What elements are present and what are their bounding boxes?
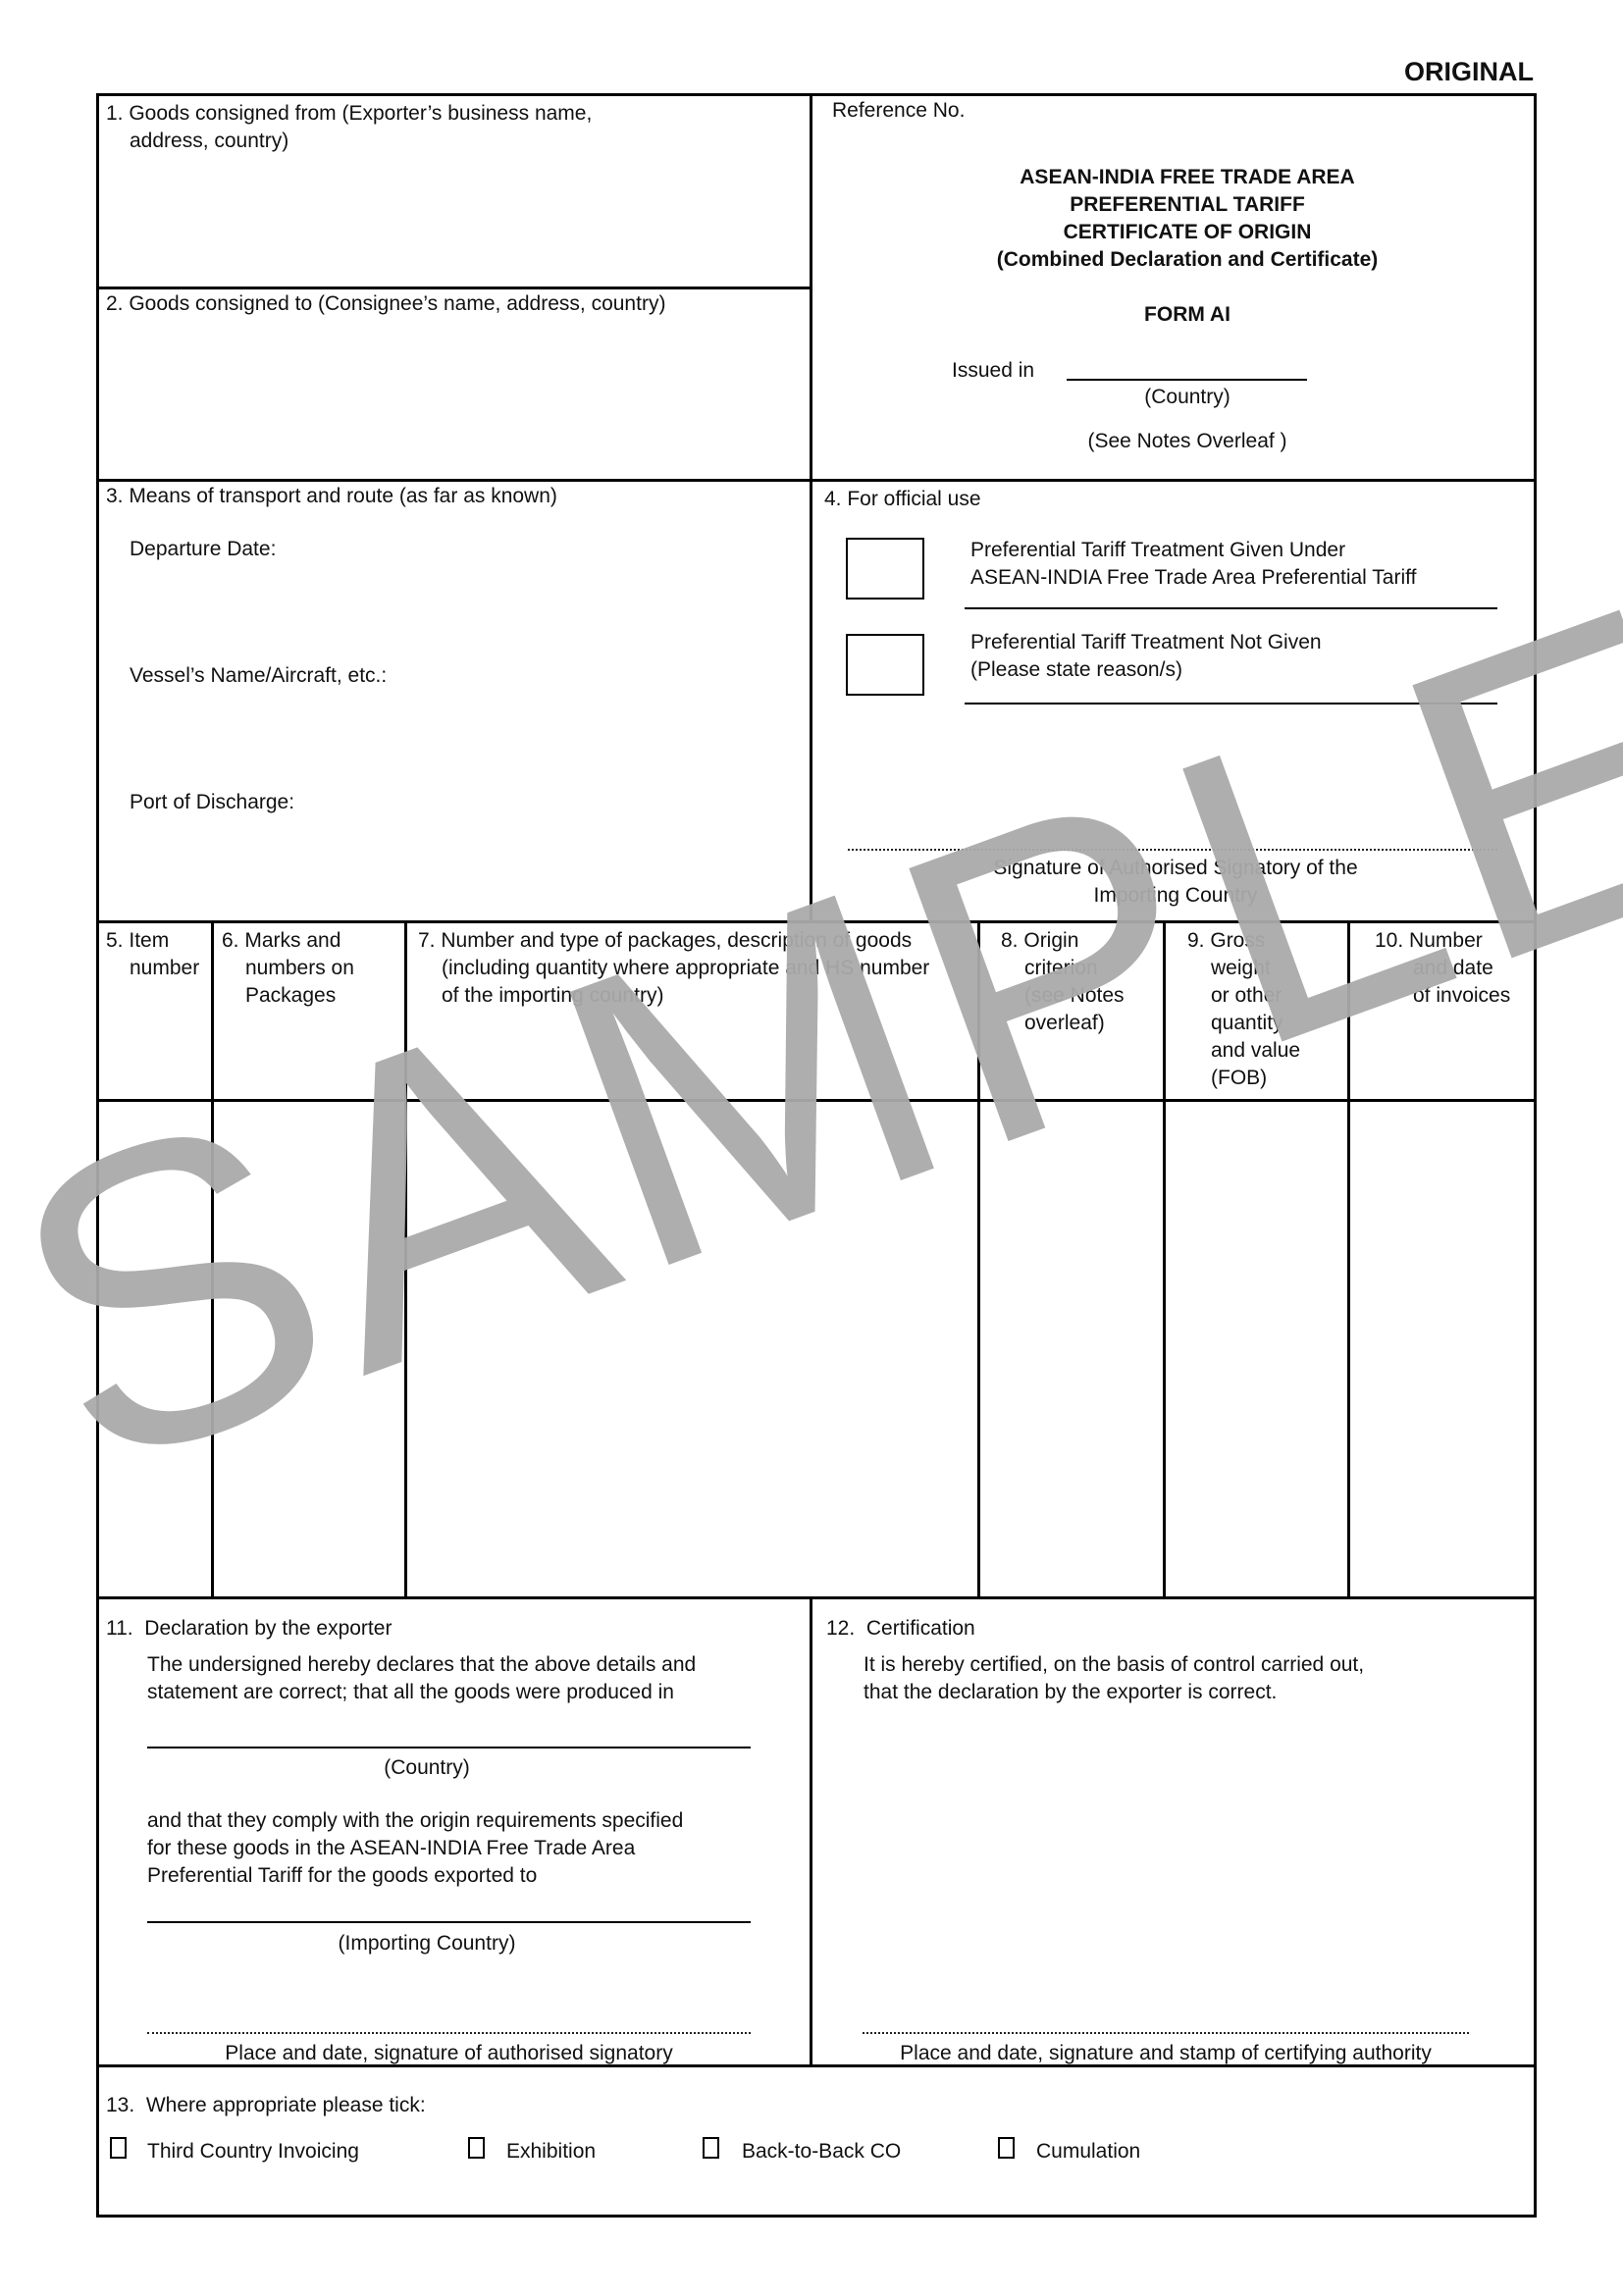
- departure-date-field[interactable]: [314, 535, 785, 564]
- certification-text: It is hereby certified, on the basis of …: [864, 1651, 1364, 1706]
- cumulation-label: Cumulation: [1036, 2140, 1140, 2164]
- treatment-given-checkbox[interactable]: [846, 538, 924, 600]
- certificate-title: ASEAN-INDIA FREE TRADE AREA PREFERENTIAL…: [942, 164, 1433, 274]
- exporter-signature-line[interactable]: [147, 2032, 751, 2034]
- cell-origin-criterion[interactable]: [980, 1102, 1163, 1596]
- importing-country-caption: (Importing Country): [294, 1932, 559, 1956]
- importing-signature-caption: Signature of Authorised Signatory of the…: [930, 855, 1421, 910]
- issued-in-field[interactable]: [1067, 353, 1307, 381]
- certification-label: 12. Certification: [826, 1617, 975, 1641]
- transport-label: 3. Means of transport and route (as far …: [106, 485, 557, 508]
- copy-label: ORIGINAL: [1404, 57, 1534, 87]
- reference-no-field[interactable]: [971, 96, 1521, 130]
- exhibition-label: Exhibition: [506, 2140, 596, 2164]
- column-header-marks: 6. Marks and numbers on Packages: [222, 927, 354, 1010]
- column-header-origin-criterion: 8. Origin criterion (see Notes overleaf): [1001, 927, 1125, 1037]
- column-header-item-number: 5. Item number: [106, 927, 199, 982]
- back-to-back-checkbox[interactable]: [703, 2137, 719, 2159]
- certifying-signature-line[interactable]: [863, 2032, 1469, 2034]
- tick-options-label: 13. Where appropriate please tick:: [106, 2094, 426, 2117]
- cell-item-number[interactable]: [99, 1102, 211, 1596]
- official-use-label: 4. For official use: [824, 488, 981, 511]
- cell-invoices[interactable]: [1350, 1102, 1534, 1596]
- exporter-label: 1. Goods consigned from (Exporter’s busi…: [106, 100, 592, 155]
- exporter-field[interactable]: 1. Goods consigned from (Exporter’s busi…: [99, 96, 810, 287]
- importing-country-field[interactable]: [147, 1894, 751, 1923]
- cell-marks[interactable]: [214, 1102, 404, 1596]
- declaration-text-2: and that they comply with the origin req…: [147, 1807, 683, 1890]
- column-header-gross-weight: 9. Gross weight or other quantity and va…: [1187, 927, 1300, 1092]
- back-to-back-label: Back-to-Back CO: [742, 2140, 901, 2164]
- treatment-not-given-checkbox[interactable]: [846, 634, 924, 696]
- importing-signature-line[interactable]: [848, 849, 1497, 851]
- vessel-name-field[interactable]: [412, 661, 785, 691]
- third-country-label: Third Country Invoicing: [147, 2140, 359, 2164]
- column-header-description: 7. Number and type of packages, descript…: [418, 927, 929, 1010]
- see-notes-overleaf: (See Notes Overleaf ): [1040, 430, 1335, 453]
- third-country-checkbox[interactable]: [110, 2137, 127, 2159]
- column-header-invoices: 10. Number and date of invoices: [1375, 927, 1510, 1010]
- form-name: FORM AI: [942, 303, 1433, 327]
- divider-line: [965, 607, 1497, 609]
- cell-description[interactable]: [407, 1102, 977, 1596]
- issued-in-country-caption: (Country): [1089, 386, 1285, 409]
- cell-gross-weight[interactable]: [1166, 1102, 1347, 1596]
- vessel-name-label: Vessel’s Name/Aircraft, etc.:: [130, 664, 387, 688]
- declaration-label: 11. Declaration by the exporter: [106, 1617, 392, 1641]
- port-of-discharge-field[interactable]: [324, 788, 785, 817]
- cumulation-checkbox[interactable]: [998, 2137, 1015, 2159]
- departure-date-label: Departure Date:: [130, 538, 276, 561]
- produced-in-country-field[interactable]: [147, 1719, 751, 1748]
- certifying-signature-caption: Place and date, signature and stamp of c…: [863, 2042, 1469, 2065]
- reason-field[interactable]: [965, 677, 1497, 704]
- exporter-signature-caption: Place and date, signature of authorised …: [147, 2042, 751, 2065]
- reference-no-label: Reference No.: [832, 99, 965, 123]
- treatment-given-label: Preferential Tariff Treatment Given Unde…: [970, 537, 1416, 592]
- port-of-discharge-label: Port of Discharge:: [130, 791, 294, 814]
- exhibition-checkbox[interactable]: [468, 2137, 485, 2159]
- declaration-text-1: The undersigned hereby declares that the…: [147, 1651, 696, 1706]
- consignee-field[interactable]: 2. Goods consigned to (Consignee’s name,…: [99, 289, 810, 479]
- produced-in-country-caption: (Country): [329, 1756, 525, 1780]
- consignee-label: 2. Goods consigned to (Consignee’s name,…: [106, 290, 665, 318]
- treatment-not-given-label: Preferential Tariff Treatment Not Given …: [970, 629, 1322, 684]
- issued-in-label: Issued in: [952, 359, 1034, 383]
